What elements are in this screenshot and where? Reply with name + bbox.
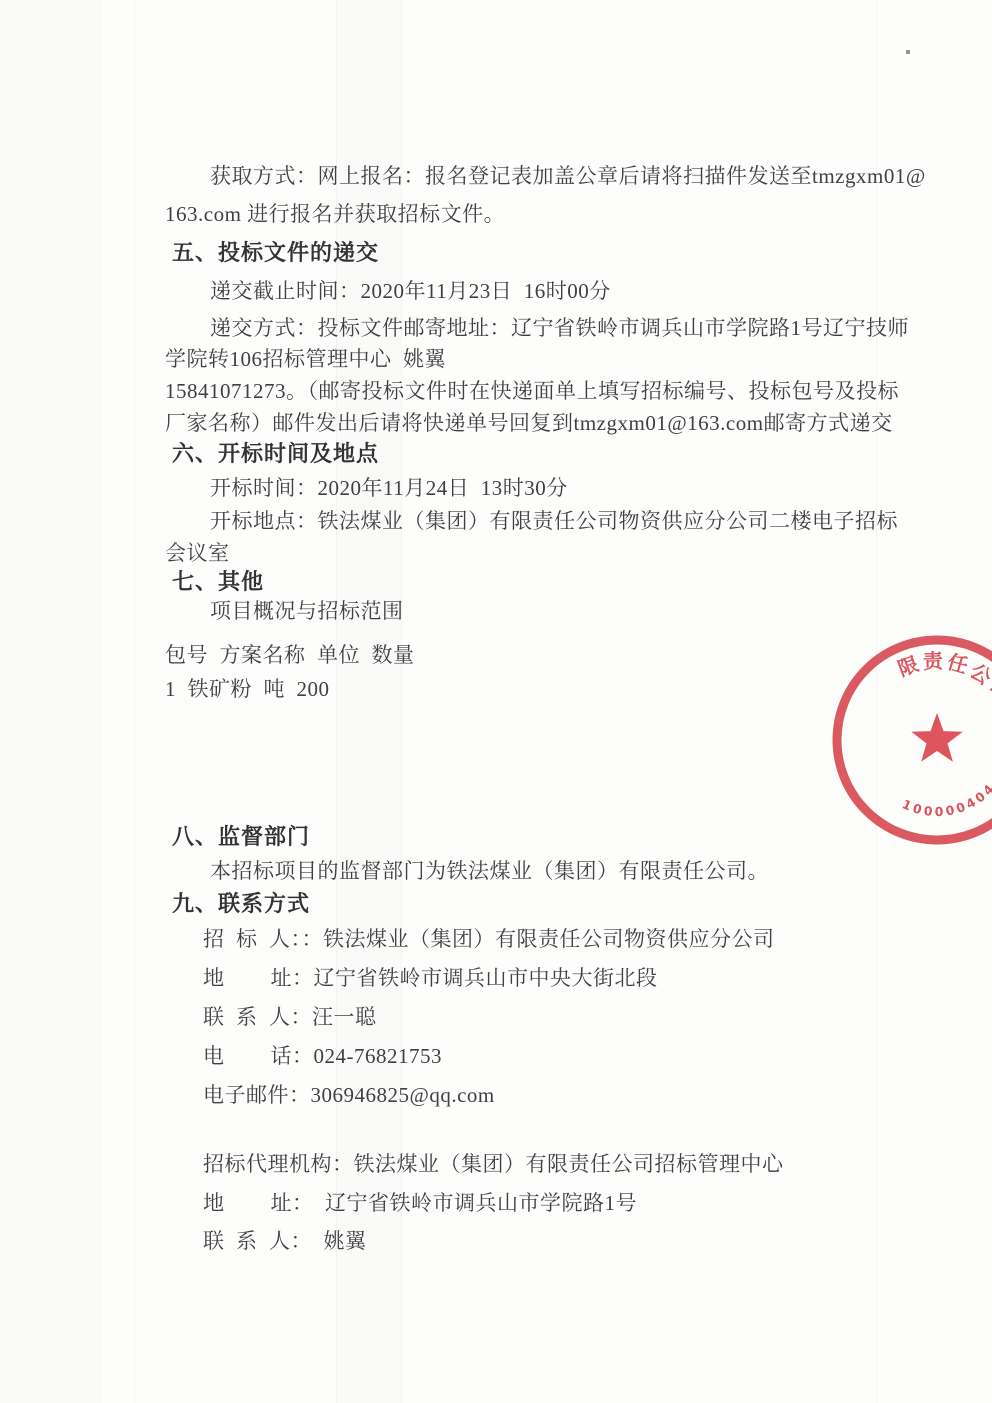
line-get-method: 获取方式：网上报名：报名登记表加盖公章后请将扫描件发送至tmzgxm01@ [165, 163, 926, 189]
line-package-row: 1 铁矿粉 吨 200 [165, 676, 330, 702]
heading-section-7: 七、其他 [165, 569, 264, 595]
line-open-place-cont: 会议室 [165, 540, 230, 566]
heading-section-9: 九、联系方式 [165, 891, 310, 917]
seal-serial-number: 100000404 [900, 779, 992, 819]
scan-line [100, 0, 101, 1403]
line-supervision-body: 本招标项目的监督部门为铁法煤业（集团）有限责任公司。 [165, 858, 769, 884]
line-tenderer: 招 标 人：：铁法煤业（集团）有限责任公司物资供应分公司 [165, 926, 775, 952]
heading-section-5: 五、投标文件的递交 [165, 240, 379, 266]
scan-band [0, 0, 100, 1403]
line-package-header: 包号 方案名称 单位 数量 [165, 642, 415, 668]
line-project-scope-title: 项目概况与招标范围 [165, 598, 404, 624]
line-phone: 电 话：024-76821753 [165, 1043, 442, 1069]
line-open-place: 开标地点：铁法煤业（集团）有限责任公司物资供应分公司二楼电子招标 [165, 508, 898, 534]
company-seal: 限责任公司 100000404 [827, 630, 992, 850]
line-submit-deadline: 递交截止时间：2020年11月23日 16时00分 [165, 278, 611, 304]
line-contact-person: 联 系 人：汪一聪 [165, 1004, 377, 1030]
line-submit-method-cont2: 厂家名称）邮件发出后请将快递单号回复到tmzgxm01@163.com邮寄方式递… [165, 410, 893, 436]
line-submit-phone: 15841071273。（邮寄投标文件时在快递面单上填写招标编号、投标包号及投标 [165, 378, 899, 404]
scan-speck [906, 50, 910, 54]
star-icon [911, 713, 962, 762]
scan-line [134, 0, 135, 1403]
document-page: 获取方式：网上报名：报名登记表加盖公章后请将扫描件发送至tmzgxm01@ 16… [0, 0, 992, 1403]
line-submit-method-cont1: 学院转106招标管理中心 姚翼 [165, 346, 446, 372]
heading-section-6: 六、开标时间及地点 [165, 441, 379, 467]
line-get-method-cont: 163.com 进行报名并获取招标文件。 [165, 201, 505, 227]
line-agency: 招标代理机构：铁法煤业（集团）有限责任公司招标管理中心 [165, 1151, 784, 1177]
line-agency-address: 地 址： 辽宁省铁岭市调兵山市学院路1号 [165, 1190, 637, 1216]
heading-section-8: 八、监督部门 [165, 824, 310, 850]
seal-arc-text: 限责任公司 [895, 649, 992, 709]
line-open-time: 开标时间：2020年11月24日 13时30分 [165, 475, 568, 501]
line-submit-method: 递交方式：投标文件邮寄地址：辽宁省铁岭市调兵山市学院路1号辽宁技师 [165, 315, 909, 341]
line-tenderer-address: 地 址：辽宁省铁岭市调兵山市中央大街北段 [165, 965, 658, 991]
line-email: 电子邮件：306946825@qq.com [165, 1082, 495, 1108]
line-agency-contact: 联 系 人： 姚翼 [165, 1228, 367, 1254]
